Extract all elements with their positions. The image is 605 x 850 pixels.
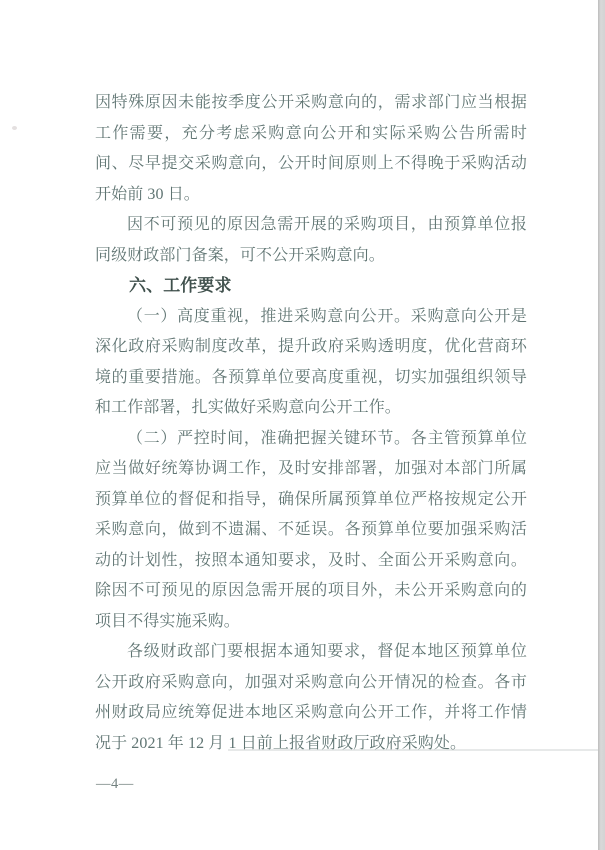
paragraph-continuation-quarterly-disclosure: 因特殊原因未能按季度公开采购意向的，需求部门应当根据工作需要，充分考虑采购意向公…: [95, 88, 527, 210]
document-body: 因特殊原因未能按季度公开采购意向的，需求部门应当根据工作需要，充分考虑采购意向公…: [95, 88, 527, 759]
section-heading-work-requirements: 六、工作要求: [95, 271, 527, 302]
scan-line-artifact: [228, 749, 600, 751]
scan-edge-shadow: [598, 0, 605, 850]
paragraph-finance-departments-supervision: 各级财政部门要根据本通知要求，督促本地区预算单位公开政府采购意向，加强对采购意向…: [95, 637, 527, 759]
paragraph-item-one-attach-importance: （一）高度重视，推进采购意向公开。采购意向公开是深化政府采购制度改革，提升政府采…: [95, 302, 527, 424]
scan-speck-artifact: [12, 126, 17, 130]
scanned-document-page: 因特殊原因未能按季度公开采购意向的，需求部门应当根据工作需要，充分考虑采购意向公…: [0, 0, 605, 850]
paragraph-unforeseen-projects: 因不可预见的原因急需开展的采购项目，由预算单位报同级财政部门备案，可不公开采购意…: [95, 210, 527, 271]
page-number: —4—: [96, 775, 134, 793]
paragraph-item-two-strict-timing: （二）严控时间，准确把握关键环节。各主管预算单位应当做好统筹协调工作，及时安排部…: [95, 424, 527, 638]
